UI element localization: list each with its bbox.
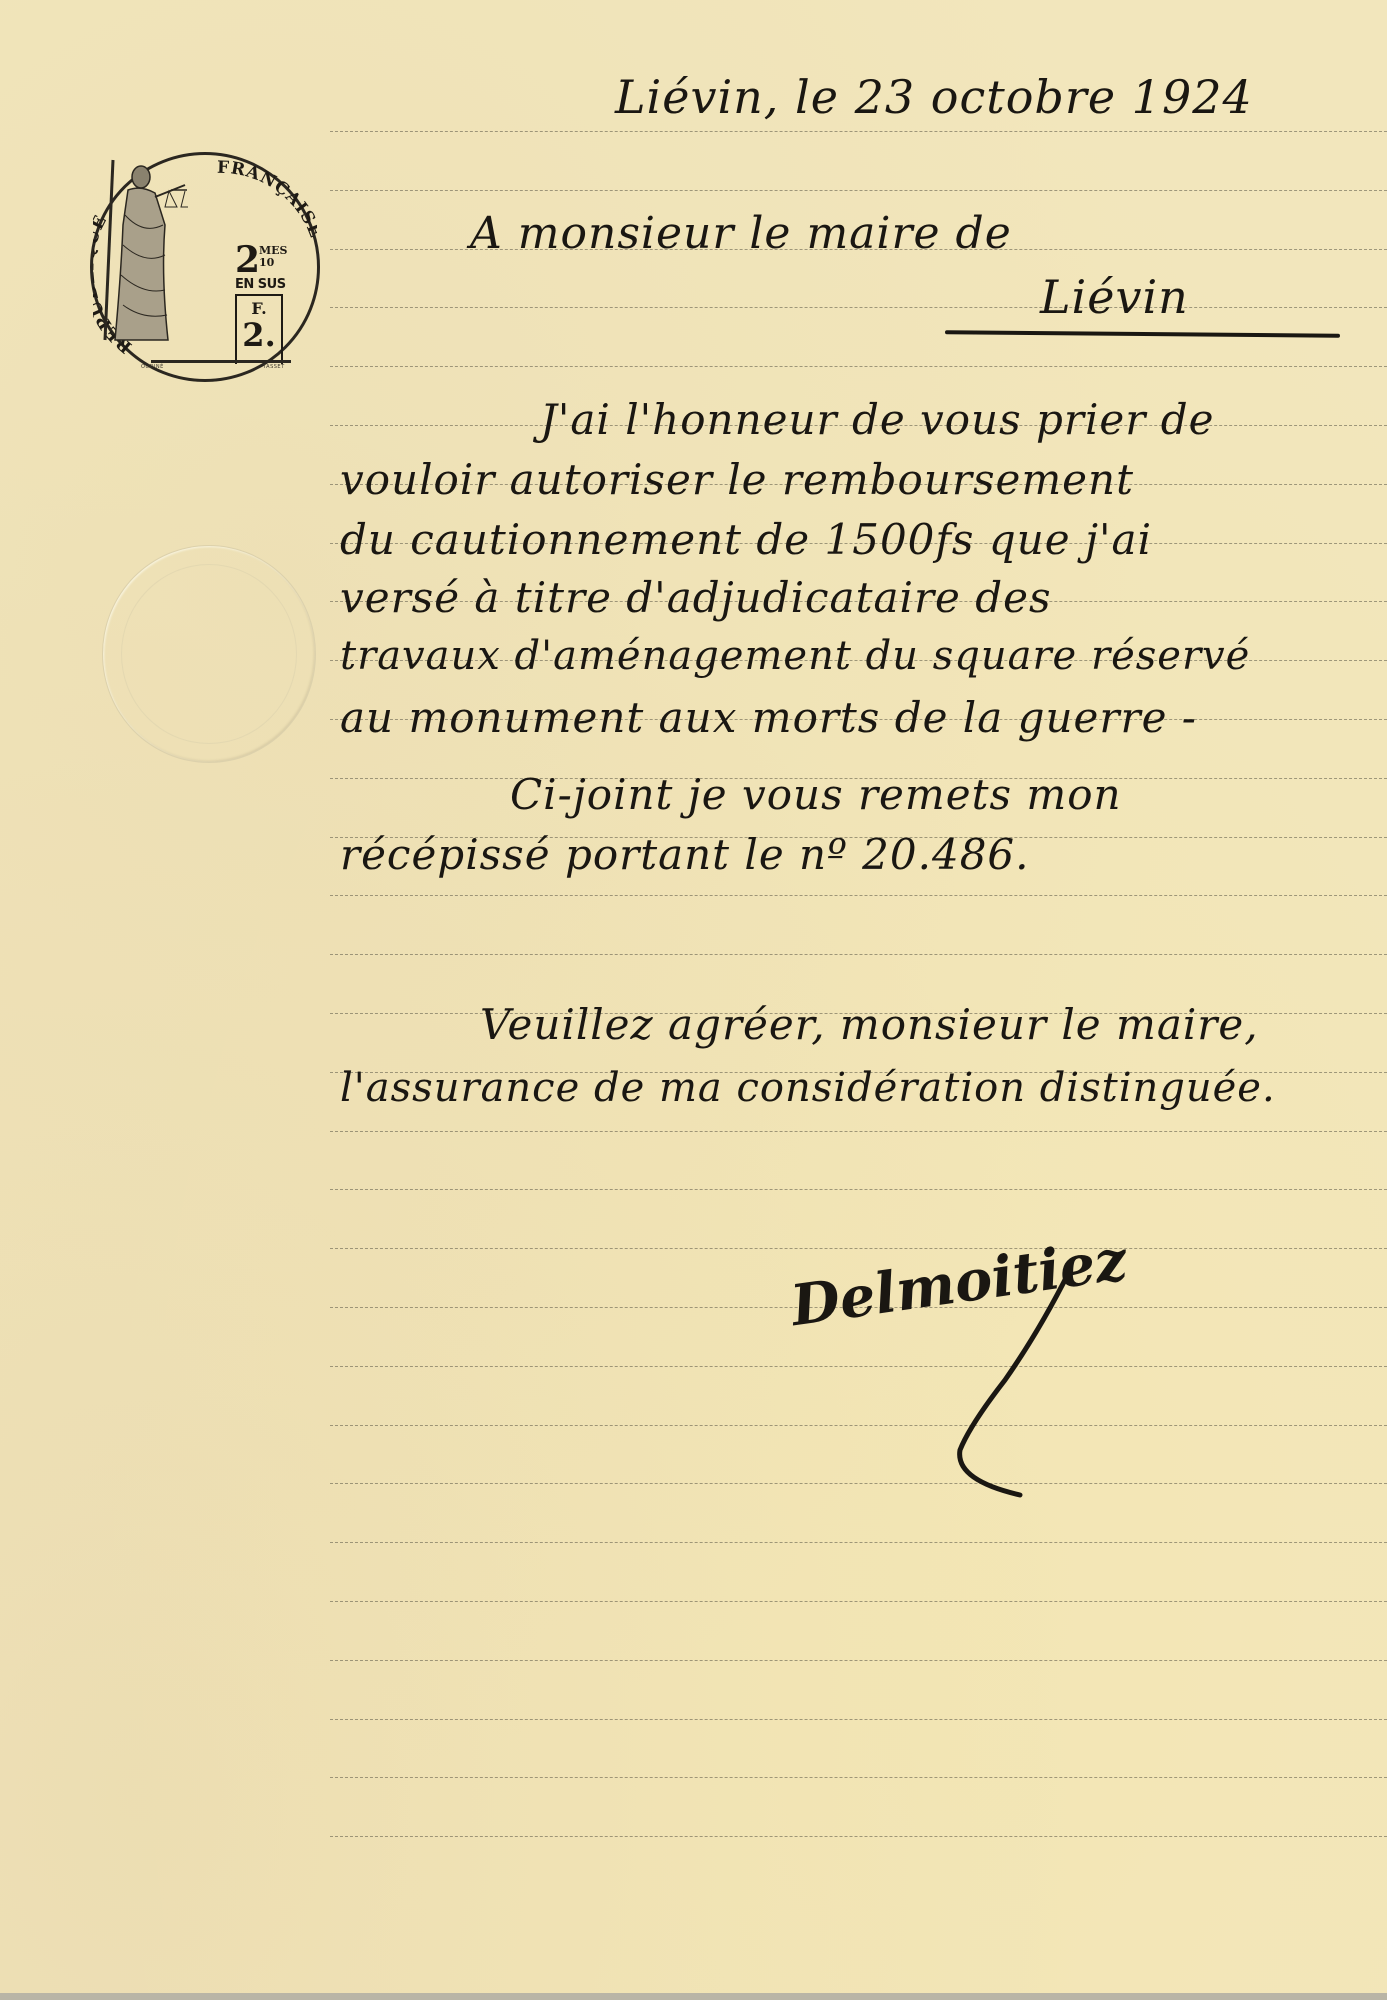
- body-line-8: récépissé portant le nº 20.486.: [340, 830, 1030, 879]
- ruled-line: [330, 954, 1387, 955]
- ruled-line: [330, 307, 1387, 308]
- ruled-line: [330, 1660, 1387, 1661]
- engraver-name-left: OUDINÉ: [141, 364, 164, 370]
- body-line-4: versé à titre d'adjudicataire des: [340, 573, 1052, 622]
- ruled-line: [330, 1131, 1387, 1132]
- recipient-underline: [945, 330, 1340, 337]
- justice-figure-icon: [93, 155, 188, 345]
- stamp-denomination-box: F. 2.: [235, 294, 283, 364]
- ruled-line: [330, 190, 1387, 191]
- body-line-6: au monument aux morts de la guerre -: [340, 693, 1197, 742]
- ruled-line: [330, 1542, 1387, 1543]
- svg-text:FRANÇAISE: FRANÇAISE: [217, 158, 317, 241]
- ruled-line: [330, 895, 1387, 896]
- dateline: Liévin, le 23 octobre 1924: [615, 70, 1253, 124]
- embossed-seal: [102, 545, 316, 763]
- body-line-3: du cautionnement de 1500fs que j'ai: [340, 515, 1152, 564]
- ruled-line: [330, 1248, 1387, 1249]
- recipient-line-2: Liévin: [1040, 270, 1189, 324]
- closing-line-1: Veuillez agréer, monsieur le maire,: [480, 1000, 1259, 1049]
- ruled-line: [330, 1601, 1387, 1602]
- signature-flourish-icon: [900, 1250, 1100, 1510]
- ruled-line: [330, 1189, 1387, 1190]
- stamp-text-francaise: FRANÇAISE: [217, 158, 317, 241]
- body-line-1: J'ai l'honneur de vous prier de: [540, 395, 1214, 444]
- ruled-line: [330, 1483, 1387, 1484]
- ruled-line: [330, 366, 1387, 367]
- ruled-line: [330, 1836, 1387, 1837]
- ruled-line: [330, 1777, 1387, 1778]
- letter-page: REPUBLIQUE FRANÇAISE 2 MES10 EN SUS F. 2…: [0, 0, 1387, 1993]
- ruled-line: [330, 1719, 1387, 1720]
- ruled-line: [330, 1425, 1387, 1426]
- closing-line-2: l'assurance de ma considération distingu…: [340, 1065, 1276, 1111]
- ruled-line: [330, 1366, 1387, 1367]
- body-line-7: Ci-joint je vous remets mon: [510, 770, 1122, 819]
- stamp-base: [151, 360, 291, 363]
- recipient-line-1: A monsieur le maire de: [470, 208, 1012, 259]
- ruled-line: [330, 131, 1387, 132]
- body-line-5: travaux d'aménagement du square réservé: [340, 633, 1250, 679]
- engraver-name-right: TASSET: [263, 364, 285, 370]
- body-line-2: vouloir autoriser le remboursement: [340, 455, 1134, 504]
- fiscal-stamp: REPUBLIQUE FRANÇAISE 2 MES10 EN SUS F. 2…: [90, 152, 320, 382]
